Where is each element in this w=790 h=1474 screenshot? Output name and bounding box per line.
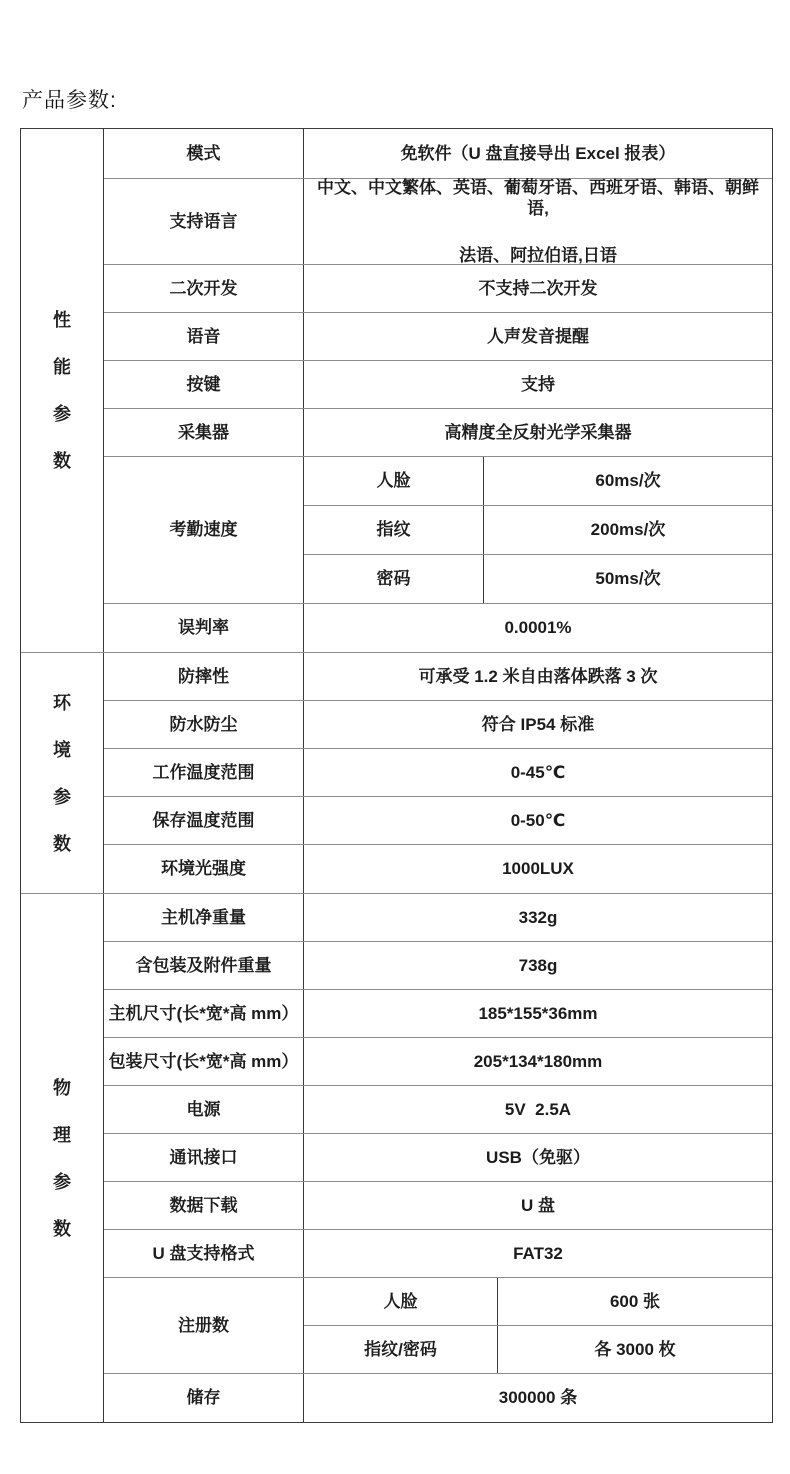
- subrow-label: 密码: [304, 555, 484, 603]
- group-label-physical: 物 理 参 数: [21, 894, 104, 1422]
- table-row: 保存温度范围 0-50℃: [104, 797, 772, 845]
- table-row: 含包装及附件重量 738g: [104, 942, 772, 990]
- row-value: 738g: [304, 942, 772, 989]
- row-value: 不支持二次开发: [304, 265, 772, 312]
- group-char: 参: [53, 788, 71, 806]
- row-value: 中文、中文繁体、英语、葡萄牙语、西班牙语、韩语、朝鲜语, 法语、阿拉伯语,日语: [304, 179, 772, 264]
- table-row-register-count: 注册数 人脸 600 张 指纹/密码 各 3000 枚: [104, 1278, 772, 1374]
- table-row: U 盘支持格式 FAT32: [104, 1230, 772, 1278]
- row-value: USB（免驱）: [304, 1134, 772, 1181]
- group-label-performance: 性 能 参 数: [21, 129, 104, 652]
- row-value: 高精度全反射光学采集器: [304, 409, 772, 456]
- subrow: 人脸 60ms/次: [304, 457, 772, 506]
- value-line: 中文、中文繁体、英语、葡萄牙语、西班牙语、韩语、朝鲜语,: [312, 177, 764, 220]
- table-row: 语音 人声发音提醒: [104, 313, 772, 361]
- subrow-value: 600 张: [498, 1278, 772, 1325]
- table-row: 环境光强度 1000LUX: [104, 845, 772, 893]
- row-label: 防水防尘: [104, 701, 304, 748]
- row-value: 0-50℃: [304, 797, 772, 844]
- table-row: 储存 300000 条: [104, 1374, 772, 1422]
- group-char: 能: [53, 358, 71, 376]
- row-label: 防摔性: [104, 653, 304, 700]
- row-value: FAT32: [304, 1230, 772, 1277]
- row-label: 注册数: [104, 1278, 304, 1373]
- group-char: 数: [53, 452, 71, 470]
- group-char: 参: [53, 1173, 71, 1191]
- row-value: 免软件（U 盘直接导出 Excel 报表）: [304, 129, 772, 178]
- section-performance: 性 能 参 数 模式 免软件（U 盘直接导出 Excel 报表） 支持语言 中文…: [21, 129, 772, 653]
- table-row: 防水防尘 符合 IP54 标准: [104, 701, 772, 749]
- row-label: 采集器: [104, 409, 304, 456]
- row-label: 模式: [104, 129, 304, 178]
- row-label: 环境光强度: [104, 845, 304, 893]
- row-label: 储存: [104, 1374, 304, 1422]
- subrow-value: 50ms/次: [484, 555, 772, 603]
- product-spec-table: 性 能 参 数 模式 免软件（U 盘直接导出 Excel 报表） 支持语言 中文…: [20, 128, 773, 1423]
- subrow-label: 指纹: [304, 506, 484, 554]
- table-row: 包装尺寸(长*宽*高 mm） 205*134*180mm: [104, 1038, 772, 1086]
- subrow-value: 200ms/次: [484, 506, 772, 554]
- table-row: 电源 5V 2.5A: [104, 1086, 772, 1134]
- table-row: 防摔性 可承受 1.2 米自由落体跌落 3 次: [104, 653, 772, 701]
- subrow-value: 各 3000 枚: [498, 1326, 772, 1373]
- row-label: 按键: [104, 361, 304, 408]
- row-label: 考勤速度: [104, 457, 304, 603]
- subrow: 指纹 200ms/次: [304, 506, 772, 555]
- row-value: 205*134*180mm: [304, 1038, 772, 1085]
- group-char: 环: [53, 694, 71, 712]
- subrow-label: 人脸: [304, 457, 484, 505]
- table-row-attendance-speed: 考勤速度 人脸 60ms/次 指纹 200ms/次 密码 50ms/次: [104, 457, 772, 604]
- table-row: 二次开发 不支持二次开发: [104, 265, 772, 313]
- section-environment: 环 境 参 数 防摔性 可承受 1.2 米自由落体跌落 3 次 防水防尘 符合 …: [21, 653, 772, 894]
- subrow: 密码 50ms/次: [304, 555, 772, 603]
- row-label: 二次开发: [104, 265, 304, 312]
- row-value: 0-45℃: [304, 749, 772, 796]
- value-line: 法语、阿拉伯语,日语: [459, 245, 617, 266]
- row-value: 0.0001%: [304, 604, 772, 652]
- table-row: 数据下载 U 盘: [104, 1182, 772, 1230]
- row-value: 5V 2.5A: [304, 1086, 772, 1133]
- page-title: 产品参数:: [22, 84, 117, 114]
- group-char: 数: [53, 1220, 71, 1238]
- subrow-label: 人脸: [304, 1278, 498, 1325]
- table-row: 模式 免软件（U 盘直接导出 Excel 报表）: [104, 129, 772, 179]
- row-label: 数据下载: [104, 1182, 304, 1229]
- row-value: 300000 条: [304, 1374, 772, 1422]
- subrow: 指纹/密码 各 3000 枚: [304, 1326, 772, 1373]
- group-char: 参: [53, 405, 71, 423]
- group-label-environment: 环 境 参 数: [21, 653, 104, 893]
- row-value: 支持: [304, 361, 772, 408]
- row-label: 工作温度范围: [104, 749, 304, 796]
- group-char: 性: [53, 311, 71, 329]
- row-label: 主机净重量: [104, 894, 304, 941]
- table-row: 采集器 高精度全反射光学采集器: [104, 409, 772, 457]
- row-label: 电源: [104, 1086, 304, 1133]
- row-label: 含包装及附件重量: [104, 942, 304, 989]
- section-physical: 物 理 参 数 主机净重量 332g 含包装及附件重量 738g 主机尺寸(长*…: [21, 894, 772, 1422]
- table-row: 主机尺寸(长*宽*高 mm） 185*155*36mm: [104, 990, 772, 1038]
- subrow-label: 指纹/密码: [304, 1326, 498, 1373]
- row-label: 主机尺寸(长*宽*高 mm）: [104, 990, 304, 1037]
- row-value: 符合 IP54 标准: [304, 701, 772, 748]
- row-label: U 盘支持格式: [104, 1230, 304, 1277]
- row-label: 通讯接口: [104, 1134, 304, 1181]
- row-label: 支持语言: [104, 179, 304, 264]
- row-value: 1000LUX: [304, 845, 772, 893]
- table-row: 主机净重量 332g: [104, 894, 772, 942]
- group-char: 物: [53, 1079, 71, 1097]
- table-row: 误判率 0.0001%: [104, 604, 772, 652]
- group-char: 数: [53, 835, 71, 853]
- group-char: 理: [53, 1126, 71, 1144]
- table-row: 工作温度范围 0-45℃: [104, 749, 772, 797]
- table-row: 支持语言 中文、中文繁体、英语、葡萄牙语、西班牙语、韩语、朝鲜语, 法语、阿拉伯…: [104, 179, 772, 265]
- row-label: 误判率: [104, 604, 304, 652]
- table-row: 按键 支持: [104, 361, 772, 409]
- row-value: 人声发音提醒: [304, 313, 772, 360]
- subrow-value: 60ms/次: [484, 457, 772, 505]
- subrow: 人脸 600 张: [304, 1278, 772, 1326]
- row-value: 可承受 1.2 米自由落体跌落 3 次: [304, 653, 772, 700]
- row-value: U 盘: [304, 1182, 772, 1229]
- row-label: 包装尺寸(长*宽*高 mm）: [104, 1038, 304, 1085]
- row-value: 332g: [304, 894, 772, 941]
- row-label: 保存温度范围: [104, 797, 304, 844]
- table-row: 通讯接口 USB（免驱）: [104, 1134, 772, 1182]
- row-label: 语音: [104, 313, 304, 360]
- group-char: 境: [53, 741, 71, 759]
- row-value: 185*155*36mm: [304, 990, 772, 1037]
